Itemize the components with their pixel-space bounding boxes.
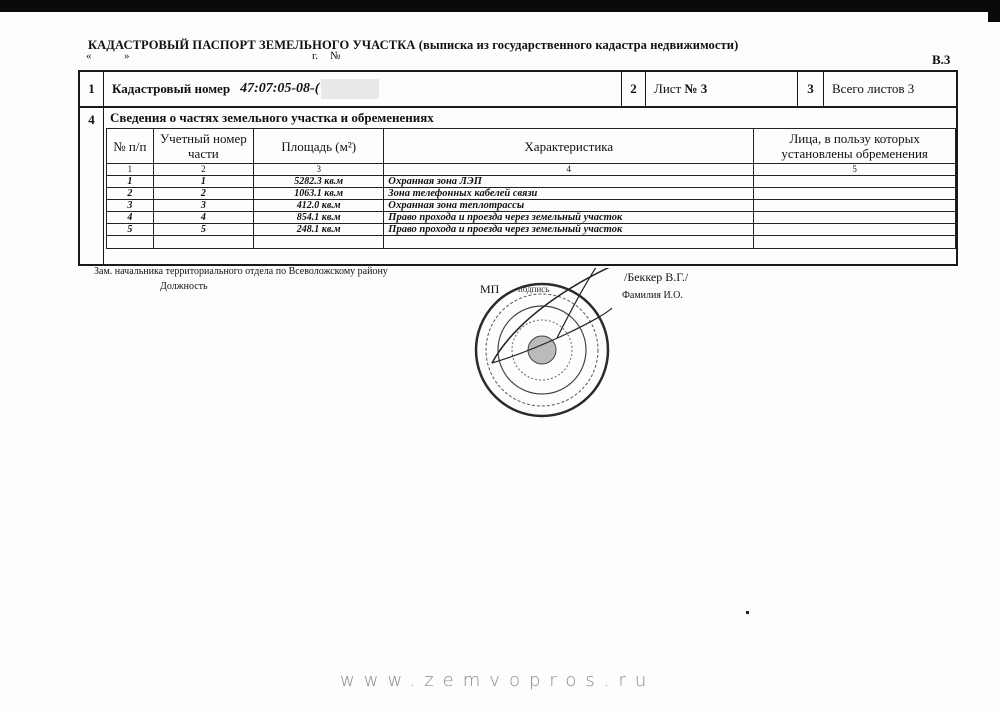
row-characteristic: Охранная зона ЛЭП [384, 176, 754, 188]
position-label: Должность [160, 281, 208, 292]
year-suffix: г. [312, 50, 318, 62]
row-part: 4 [153, 212, 253, 224]
document-title: КАДАСТРОВЫЙ ПАСПОРТ ЗЕМЕЛЬНОГО УЧАСТКА (… [88, 38, 738, 53]
table-row: 2 2 1063.1 кв.м Зона телефонных кабелей … [107, 188, 956, 200]
title-main: КАДАСТРОВЫЙ ПАСПОРТ ЗЕМЕЛЬНОГО УЧАСТКА [88, 38, 415, 52]
row-persons [754, 224, 956, 236]
cell-2-number: 2 [622, 72, 646, 106]
empty-cell [754, 236, 956, 249]
column-index-row: 1 2 3 4 5 [107, 164, 956, 176]
table-row: 3 3 412.0 кв.м Охранная зона теплотрассы [107, 200, 956, 212]
section-title: Сведения о частях земельного участка и о… [110, 110, 434, 126]
watermark: www.zemvopros.ru [340, 670, 655, 691]
cell-3-number: 3 [798, 72, 824, 106]
parts-table: № п/п Учетный номер части Площадь (м²) Х… [106, 128, 956, 249]
table-row: 1 1 5282.3 кв.м Охранная зона ЛЭП [107, 176, 956, 188]
row-characteristic: Зона телефонных кабелей связи [384, 188, 754, 200]
col-header-part: Учетный номер части [153, 129, 253, 164]
number-label: № [330, 50, 341, 62]
col-index: 1 [107, 164, 154, 176]
scan-speck [746, 611, 749, 614]
row-area: 248.1 кв.м [254, 224, 384, 236]
col-index: 3 [254, 164, 384, 176]
row-persons [754, 176, 956, 188]
empty-cell [254, 236, 384, 249]
col-header-no: № п/п [107, 129, 154, 164]
total-sheets: Всего листов 3 [824, 72, 956, 106]
parts-table-header: № п/п Учетный номер части Площадь (м²) Х… [107, 129, 956, 164]
empty-cell [384, 236, 754, 249]
row-persons [754, 212, 956, 224]
col-index: 2 [153, 164, 253, 176]
sheet-label: Лист [654, 81, 681, 97]
row-no: 5 [107, 224, 154, 236]
title-subtitle: (выписка из государственного кадастра не… [419, 38, 739, 52]
row-no: 1 [107, 176, 154, 188]
row-area: 412.0 кв.м [254, 200, 384, 212]
row-area: 1063.1 кв.м [254, 188, 384, 200]
row-no: 3 [107, 200, 154, 212]
col-index: 4 [384, 164, 754, 176]
scan-edge [0, 0, 1000, 12]
stamp-mark: МП [480, 282, 499, 297]
signature-label: подпись [518, 284, 549, 294]
row-part: 3 [153, 200, 253, 212]
row-characteristic: Охранная зона теплотрассы [384, 200, 754, 212]
row-no: 2 [107, 188, 154, 200]
quote-open: « [86, 50, 92, 62]
cell-1-number: 1 [80, 72, 104, 106]
cadastral-label: Кадастровый номер [112, 81, 230, 97]
sheet-cell: Лист № 3 [646, 72, 798, 106]
row-part: 2 [153, 188, 253, 200]
row-persons [754, 200, 956, 212]
signatory-position: Зам. начальника территориального отдела … [94, 266, 388, 277]
row-characteristic: Право прохода и проезда через земельный … [384, 224, 754, 236]
cadastral-value: 47:07:05-08-( [240, 81, 319, 97]
col-index: 5 [754, 164, 956, 176]
row-characteristic: Право прохода и проезда через земельный … [384, 212, 754, 224]
signer-name-label: Фамилия И.О. [622, 290, 683, 301]
quote-close: » [124, 50, 130, 62]
empty-cell [153, 236, 253, 249]
row-part: 1 [153, 176, 253, 188]
cadastral-number-cell: Кадастровый номер 47:07:05-08-( [104, 72, 622, 106]
redacted-block [321, 79, 379, 99]
row-area: 5282.3 кв.м [254, 176, 384, 188]
table-row-empty [107, 236, 956, 249]
col-header-area: Площадь (м²) [254, 129, 384, 164]
col-header-characteristic: Характеристика [384, 129, 754, 164]
col-header-persons: Лица, в пользу которых установлены обрем… [754, 129, 956, 164]
header-row: 1 Кадастровый номер 47:07:05-08-( 2 Лист… [80, 72, 956, 108]
cell-4-number: 4 [80, 108, 104, 264]
table-row: 5 5 248.1 кв.м Право прохода и проезда ч… [107, 224, 956, 236]
row-persons [754, 188, 956, 200]
form-code: В.3 [932, 52, 950, 68]
row-area: 854.1 кв.м [254, 212, 384, 224]
table-row: 4 4 854.1 кв.м Право прохода и проезда ч… [107, 212, 956, 224]
sheet-number: № 3 [684, 81, 707, 97]
row-no: 4 [107, 212, 154, 224]
passport-table-frame: 1 Кадастровый номер 47:07:05-08-( 2 Лист… [78, 70, 958, 266]
row-part: 5 [153, 224, 253, 236]
empty-cell [107, 236, 154, 249]
signer-name: /Беккер В.Г./ [624, 270, 688, 285]
